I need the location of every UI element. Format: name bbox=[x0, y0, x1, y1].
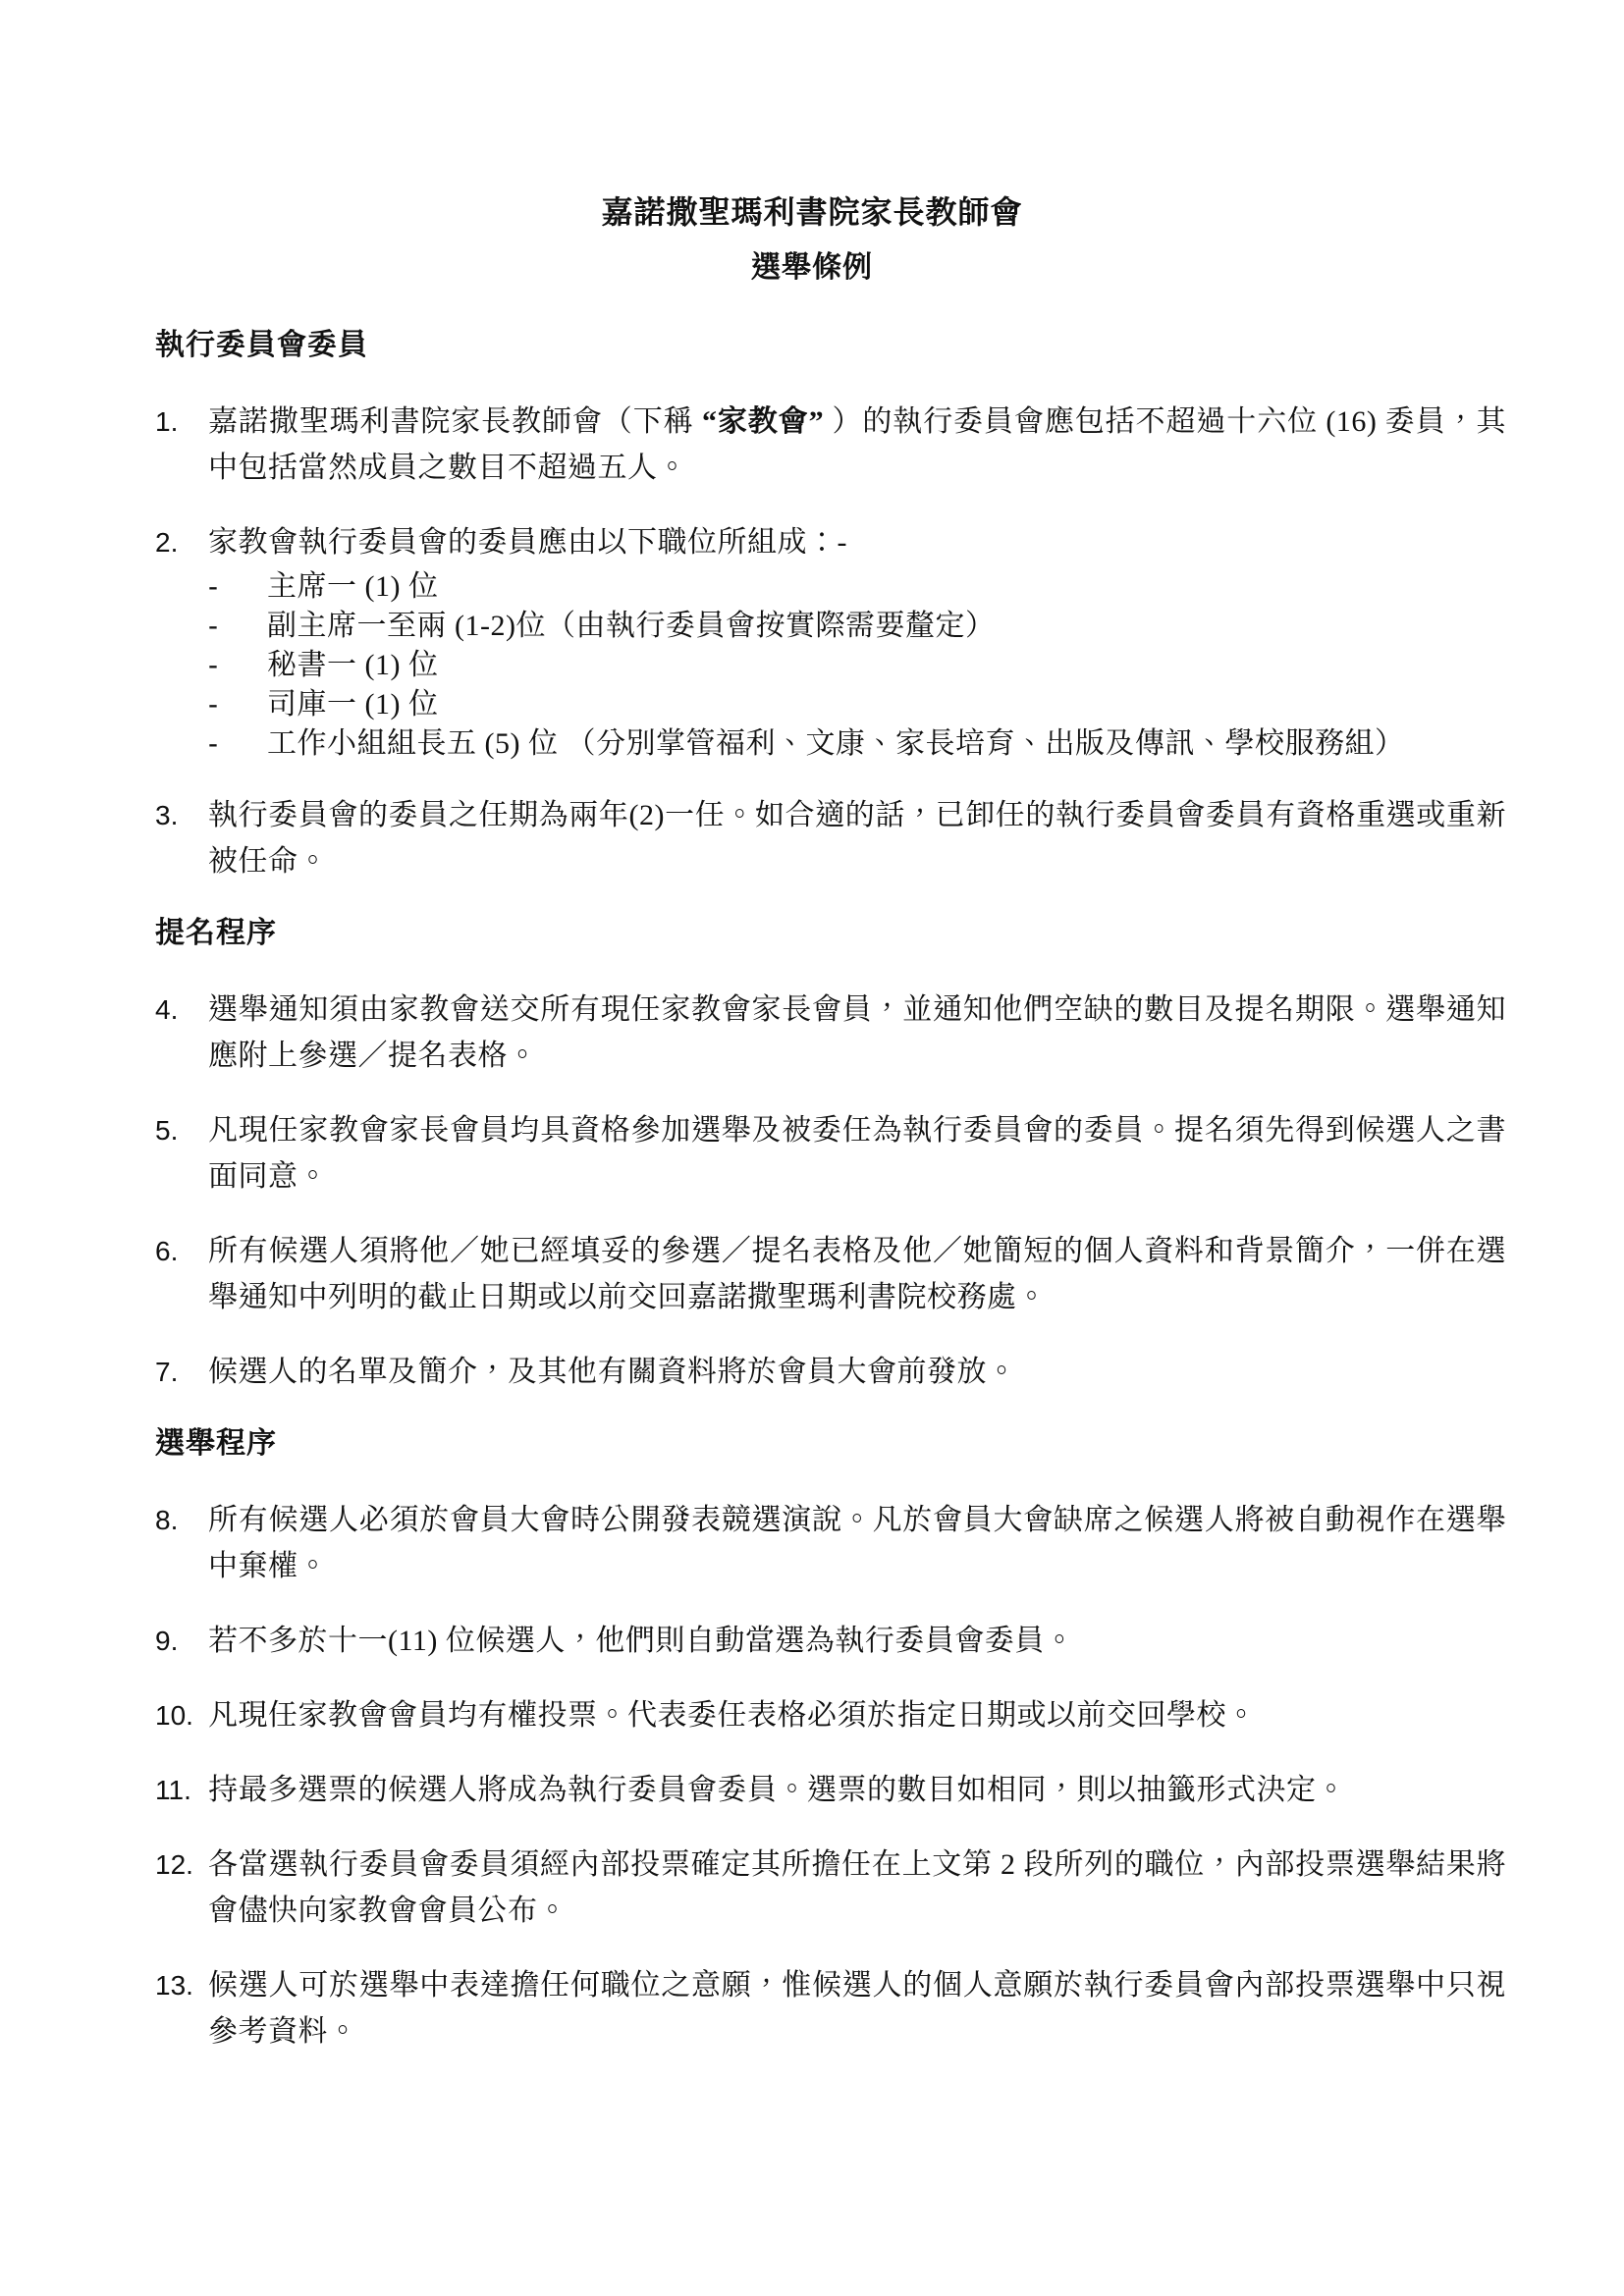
sub-item-text: 秘書一 (1) 位 bbox=[267, 646, 1506, 685]
item-text: 凡現任家教會會員均有權投票。代表委任表格必須於指定日期或以前交回學校。 bbox=[208, 1692, 1506, 1738]
list-item-11: 11. 持最多選票的候選人將成為執行委員會委員。選票的數目如相同，則以抽籤形式決… bbox=[155, 1767, 1506, 1813]
item-text: 候選人的名單及簡介，及其他有關資料將於會員大會前發放。 bbox=[208, 1349, 1506, 1395]
list-item-9: 9. 若不多於十一(11) 位候選人，他們則自動當選為執行委員會委員。 bbox=[155, 1618, 1506, 1664]
item-number: 6. bbox=[155, 1228, 208, 1320]
sub-item-text: 副主席一至兩 (1-2)位（由執行委員會按實際需要釐定） bbox=[267, 607, 1506, 646]
item-number: 3. bbox=[155, 792, 208, 884]
section-heading-election: 選舉程序 bbox=[155, 1423, 1506, 1465]
list-item-8: 8. 所有候選人必須於會員大會時公開發表競選演說。凡於會員大會缺席之候選人將被自… bbox=[155, 1497, 1506, 1589]
sub-list: - 主席一 (1) 位 - 副主席一至兩 (1-2)位（由執行委員會按實際需要釐… bbox=[208, 567, 1506, 764]
list-item-13: 13. 候選人可於選舉中表達擔任何職位之意願，惟候選人的個人意願於執行委員會內部… bbox=[155, 1962, 1506, 2055]
sub-list-item-vice-chairman: - 副主席一至兩 (1-2)位（由執行委員會按實際需要釐定） bbox=[208, 607, 1506, 646]
item-lead-text: 家教會執行委員會的委員應由以下職位所組成：- bbox=[208, 526, 847, 559]
sub-item-text: 主席一 (1) 位 bbox=[267, 567, 1506, 607]
item-number: 13. bbox=[155, 1962, 208, 2055]
item-number: 4. bbox=[155, 987, 208, 1079]
section-heading-exec-committee: 執行委員會委員 bbox=[155, 325, 1506, 366]
sub-list-item-treasurer: - 司庫一 (1) 位 bbox=[208, 685, 1506, 724]
dash-bullet: - bbox=[208, 685, 267, 724]
document-header: 嘉諾撒聖瑪利書院家長教師會 選舉條例 bbox=[0, 0, 1624, 289]
item-text: 家教會執行委員會的委員應由以下職位所組成：- - 主席一 (1) 位 - 副主席… bbox=[208, 519, 1506, 764]
list-item-3: 3. 執行委員會的委員之任期為兩年(2)一任。如合適的話，已卸任的執行委員會委員… bbox=[155, 792, 1506, 884]
item-number: 1. bbox=[155, 399, 208, 491]
item-text: 若不多於十一(11) 位候選人，他們則自動當選為執行委員會委員。 bbox=[208, 1618, 1506, 1664]
document-page: 嘉諾撒聖瑪利書院家長教師會 選舉條例 執行委員會委員 1. 嘉諾撒聖瑪利書院家長… bbox=[0, 0, 1624, 2296]
document-title: 嘉諾撒聖瑪利書院家長教師會 bbox=[0, 190, 1624, 234]
item-number: 8. bbox=[155, 1497, 208, 1589]
list-item-7: 7. 候選人的名單及簡介，及其他有關資料將於會員大會前發放。 bbox=[155, 1349, 1506, 1395]
item-number: 2. bbox=[155, 519, 208, 764]
sub-list-item-chairman: - 主席一 (1) 位 bbox=[208, 567, 1506, 607]
item-text: 執行委員會的委員之任期為兩年(2)一任。如合適的話，已卸任的執行委員會委員有資格… bbox=[208, 792, 1506, 884]
sub-item-text: 工作小組組長五 (5) 位 （分別掌管福利、文康、家長培育、出版及傳訊、學校服務… bbox=[267, 724, 1506, 764]
dash-bullet: - bbox=[208, 607, 267, 646]
list-item-2: 2. 家教會執行委員會的委員應由以下職位所組成：- - 主席一 (1) 位 - … bbox=[155, 519, 1506, 764]
item-text: 所有候選人必須於會員大會時公開發表競選演說。凡於會員大會缺席之候選人將被自動視作… bbox=[208, 1497, 1506, 1589]
dash-bullet: - bbox=[208, 724, 267, 764]
item-text: 候選人可於選舉中表達擔任何職位之意願，惟候選人的個人意願於執行委員會內部投票選舉… bbox=[208, 1962, 1506, 2055]
item-number: 7. bbox=[155, 1349, 208, 1395]
item-text: 所有候選人須將他／她已經填妥的參選／提名表格及他／她簡短的個人資料和背景簡介，一… bbox=[208, 1228, 1506, 1320]
dash-bullet: - bbox=[208, 646, 267, 685]
item-text: 凡現任家教會家長會員均具資格參加選舉及被委任為執行委員會的委員。提名須先得到候選… bbox=[208, 1107, 1506, 1200]
list-item-1: 1. 嘉諾撒聖瑪利書院家長教師會（下稱 “家教會” ）的執行委員會應包括不超過十… bbox=[155, 399, 1506, 491]
dash-bullet: - bbox=[208, 567, 267, 607]
sub-list-item-secretary: - 秘書一 (1) 位 bbox=[208, 646, 1506, 685]
item-text: 選舉通知須由家教會送交所有現任家教會家長會員，並通知他們空缺的數目及提名期限。選… bbox=[208, 987, 1506, 1079]
item-text-bold-quoted: “家教會” bbox=[702, 405, 824, 438]
list-item-4: 4. 選舉通知須由家教會送交所有現任家教會家長會員，並通知他們空缺的數目及提名期… bbox=[155, 987, 1506, 1079]
item-number: 9. bbox=[155, 1618, 208, 1664]
list-item-5: 5. 凡現任家教會家長會員均具資格參加選舉及被委任為執行委員會的委員。提名須先得… bbox=[155, 1107, 1506, 1200]
item-number: 10. bbox=[155, 1692, 208, 1738]
list-item-6: 6. 所有候選人須將他／她已經填妥的參選／提名表格及他／她簡短的個人資料和背景簡… bbox=[155, 1228, 1506, 1320]
item-text-segment: 嘉諾撒聖瑪利書院家長教師會（下稱 bbox=[208, 405, 702, 438]
list-item-10: 10. 凡現任家教會會員均有權投票。代表委任表格必須於指定日期或以前交回學校。 bbox=[155, 1692, 1506, 1738]
item-number: 5. bbox=[155, 1107, 208, 1200]
sub-list-item-group-leaders: - 工作小組組長五 (5) 位 （分別掌管福利、文康、家長培育、出版及傳訊、學校… bbox=[208, 724, 1506, 764]
item-number: 11. bbox=[155, 1767, 208, 1813]
item-text: 持最多選票的候選人將成為執行委員會委員。選票的數目如相同，則以抽籤形式決定。 bbox=[208, 1767, 1506, 1813]
item-number: 12. bbox=[155, 1842, 208, 1934]
sub-item-text: 司庫一 (1) 位 bbox=[267, 685, 1506, 724]
item-text: 各當選執行委員會委員須經內部投票確定其所擔任在上文第 2 段所列的職位，內部投票… bbox=[208, 1842, 1506, 1934]
document-body: 執行委員會委員 1. 嘉諾撒聖瑪利書院家長教師會（下稱 “家教會” ）的執行委員… bbox=[155, 325, 1506, 2055]
document-subtitle: 選舉條例 bbox=[0, 247, 1624, 289]
section-heading-nomination: 提名程序 bbox=[155, 913, 1506, 954]
list-item-12: 12. 各當選執行委員會委員須經內部投票確定其所擔任在上文第 2 段所列的職位，… bbox=[155, 1842, 1506, 1934]
item-text: 嘉諾撒聖瑪利書院家長教師會（下稱 “家教會” ）的執行委員會應包括不超過十六位 … bbox=[208, 399, 1506, 491]
